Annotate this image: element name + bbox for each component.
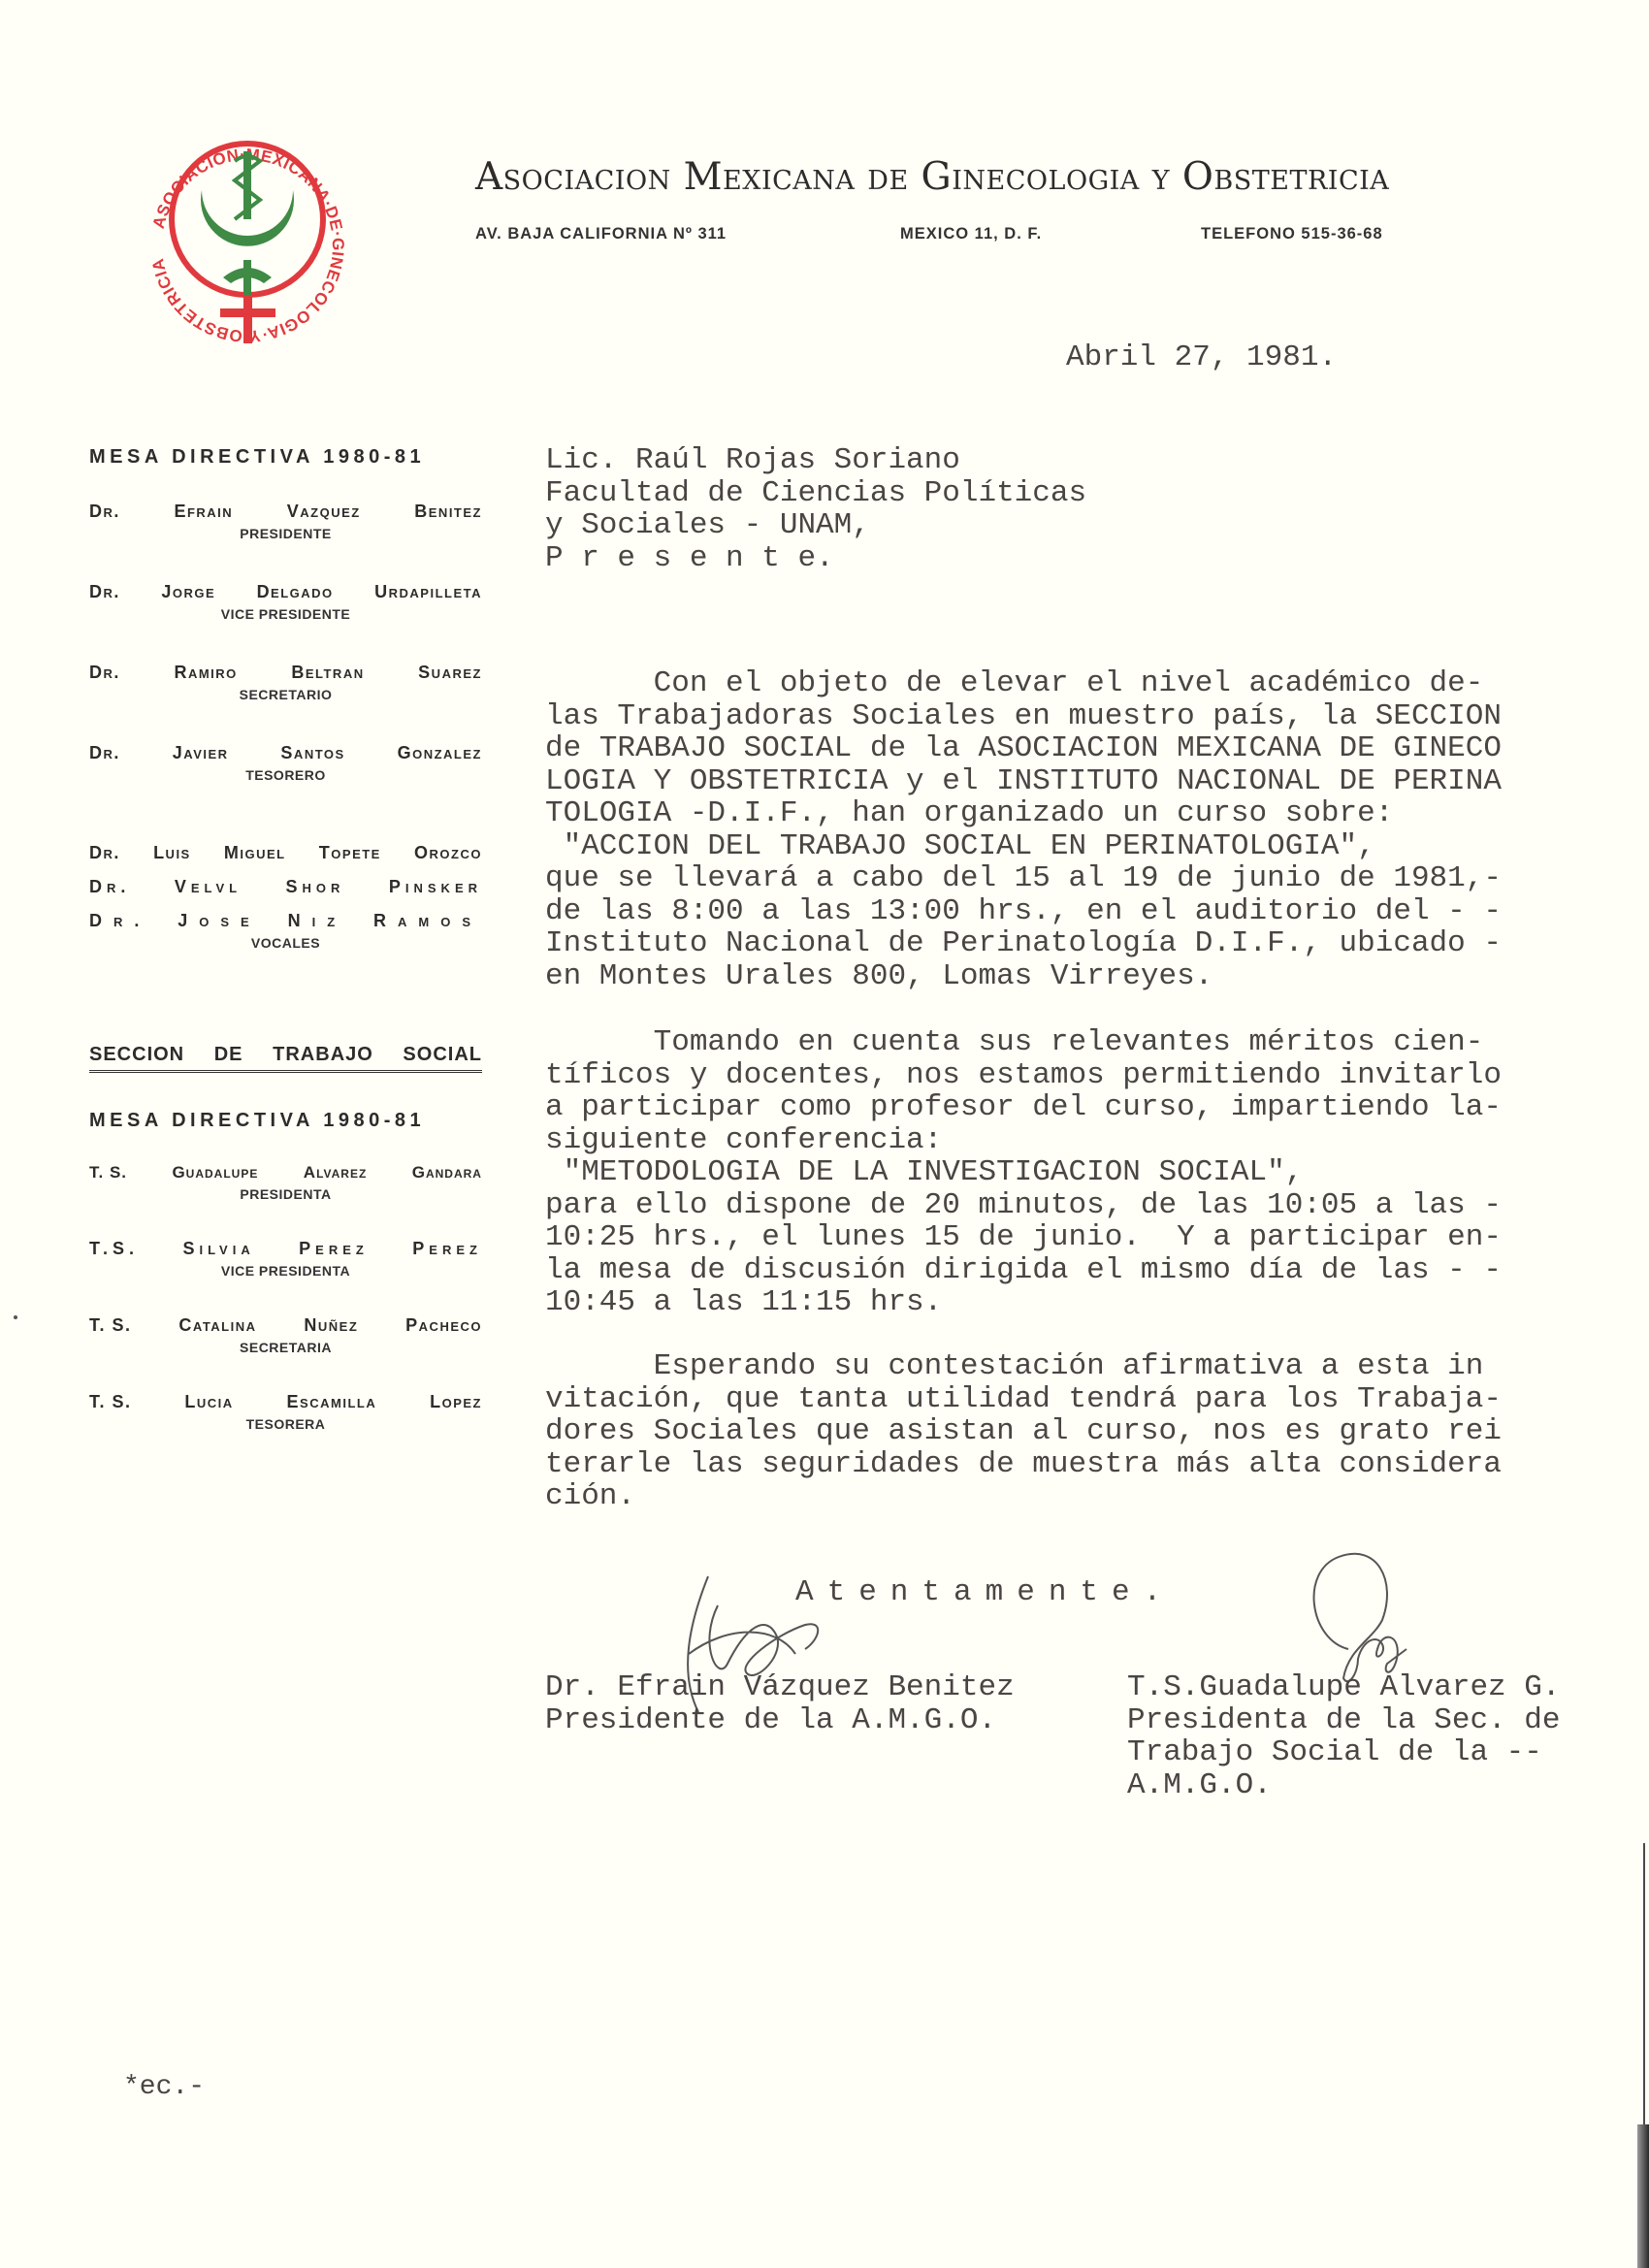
board-heading: MESA DIRECTIVA 1980-81: [89, 446, 482, 469]
board-member-name: Dr.EfrainVazquezBenitez: [89, 502, 482, 522]
board-member-name: Dr.JavierSantosGonzalez: [89, 743, 482, 763]
page-edge-shadow: [1637, 2124, 1649, 2268]
paper-speck: [14, 1315, 17, 1319]
board-member-role: SECRETARIO: [89, 687, 482, 702]
vocales-role: VOCALES: [89, 935, 482, 951]
section-member-role: VICE PRESIDENTA: [89, 1263, 482, 1279]
section-member-name: T. S.LuciaEscamillaLopez: [89, 1392, 482, 1412]
section-member-name: T. S.CatalinaNuñezPacheco: [89, 1315, 482, 1336]
venus-caduceus-emblem-icon: ASOCIACION·MEXICANA·DE·GINECOLOGIA·Y·OBS…: [126, 114, 369, 347]
letter-addressee: Lic. Raúl Rojas Soriano Facultad de Cien…: [545, 444, 1086, 574]
vocal-name: Dr.VelvlShorPinsker: [89, 877, 482, 897]
board-member: Dr.EfrainVazquezBenitez PRESIDENTE: [89, 502, 482, 541]
vocales-group: Dr.LuisMiguelTopeteOrozco Dr.VelvlShorPi…: [89, 843, 482, 951]
signatory-left: Dr. Efrain Vázquez Benitez Presidente de…: [545, 1671, 1015, 1736]
section-member-name: T.S.SilviaPerezPerez: [89, 1239, 482, 1259]
organization-phone: TELEFONO 515-36-68: [1201, 225, 1383, 243]
section-member-role: TESORERA: [89, 1416, 482, 1432]
letter-paragraph-2: Tomando en cuenta sus relevantes méritos…: [545, 1026, 1502, 1319]
board-sidebar: MESA DIRECTIVA 1980-81 Dr.EfrainVazquezB…: [89, 446, 482, 1432]
organization-title: Asociacion Mexicana de Ginecologia y Obs…: [475, 155, 1450, 199]
section-title: SECCIONDETRABAJOSOCIAL: [89, 1044, 482, 1073]
organization-address: AV. BAJA CALIFORNIA Nº 311: [475, 225, 727, 243]
letter-date: Abril 27, 1981.: [1066, 341, 1337, 374]
board-member: Dr.RamiroBeltranSuarez SECRETARIO: [89, 663, 482, 702]
typist-initials: *ec.-: [123, 2072, 205, 2102]
section-member: T. S.CatalinaNuñezPacheco SECRETARIA: [89, 1315, 482, 1355]
section-member: T. S.GuadalupeAlvarezGandara PRESIDENTA: [89, 1163, 482, 1202]
letter-paragraph-1: Con el objeto de elevar el nivel académi…: [545, 667, 1502, 992]
section-member: T.S.SilviaPerezPerez VICE PRESIDENTA: [89, 1239, 482, 1279]
board-member-role: VICE PRESIDENTE: [89, 606, 482, 622]
section-board-heading: MESA DIRECTIVA 1980-81: [89, 1110, 482, 1132]
section-member: T. S.LuciaEscamillaLopez TESORERA: [89, 1392, 482, 1432]
vocal-name: Dr.JoseNizRamos: [89, 911, 482, 931]
signatory-right: T.S.Guadalupe Alvarez G. Presidenta de l…: [1127, 1671, 1560, 1801]
board-member-name: Dr.RamiroBeltranSuarez: [89, 663, 482, 683]
section-member-name: T. S.GuadalupeAlvarezGandara: [89, 1163, 482, 1183]
section-member-role: SECRETARIA: [89, 1340, 482, 1355]
board-member: Dr.JorgeDelgadoUrdapilleta VICE PRESIDEN…: [89, 582, 482, 622]
board-member-name: Dr.JorgeDelgadoUrdapilleta: [89, 582, 482, 602]
letter-paragraph-3: Esperando su contestación afirmativa a e…: [545, 1350, 1502, 1513]
board-member: Dr.JavierSantosGonzalez TESORERO: [89, 743, 482, 783]
board-member-role: PRESIDENTE: [89, 526, 482, 541]
section-member-role: PRESIDENTA: [89, 1186, 482, 1202]
board-member-role: TESORERO: [89, 767, 482, 783]
organization-city: MEXICO 11, D. F.: [900, 225, 1042, 243]
vocal-name: Dr.LuisMiguelTopeteOrozco: [89, 843, 482, 863]
page-edge: [1643, 1843, 1645, 2134]
